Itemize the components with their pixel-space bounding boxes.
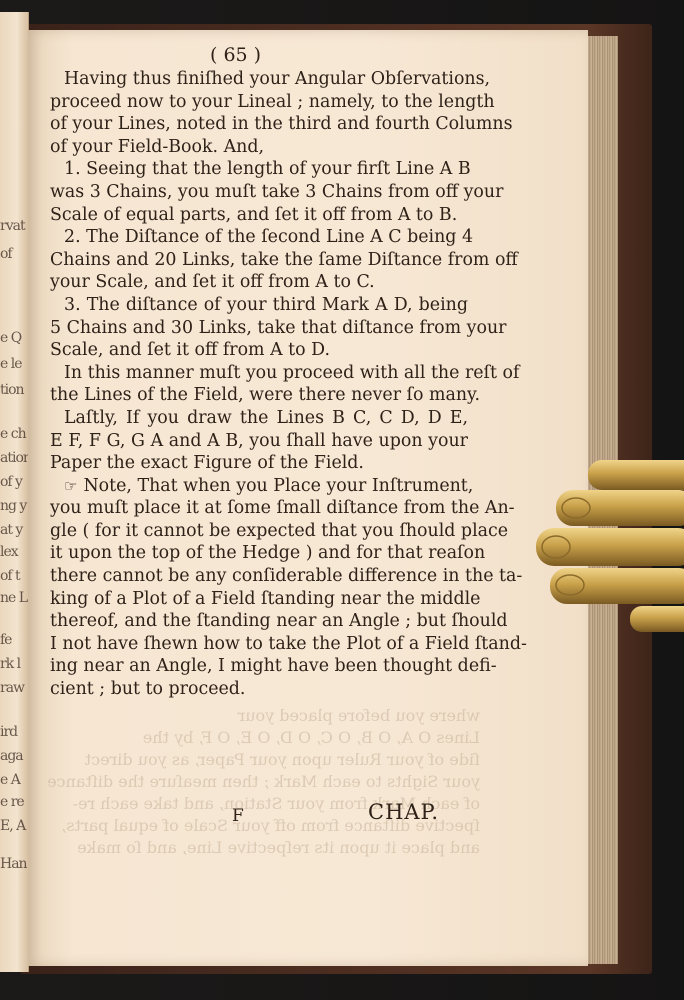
text-line-content: it upon the top of the Hedge ) and for t… [50, 543, 485, 563]
left-page-fragment: ne L [0, 590, 27, 606]
brass-hand-page-holder [528, 460, 684, 635]
left-page-fragment: at y [0, 522, 22, 538]
left-page-fragment: rk l [0, 656, 20, 672]
text-line-content: 5 Chains and 30 Links, take that diſtanc… [50, 318, 506, 338]
pointing-hand-icon: ☞ [64, 475, 77, 498]
text-line-content: king of a Plot of a Field ſtanding near … [50, 589, 480, 609]
text-line: In this manner muſt you proceed with all… [50, 362, 468, 385]
text-line-content: Laſtly, If you draw the Lines B C, C D, … [64, 408, 468, 428]
left-page-fragment: ation [0, 450, 29, 466]
text-line-content: gle ( for it cannot be expected that you… [50, 521, 508, 541]
text-line-content: In this manner muſt you proceed with all… [64, 363, 519, 383]
text-line-content: Scale of equal parts, and ſet it off fro… [50, 205, 457, 225]
text-line: you muſt place it at ſome ſmall diſtance… [50, 497, 468, 520]
text-line: your Scale, and ſet it off from A to C. [50, 271, 468, 294]
left-page-fragment: of y [0, 474, 22, 490]
text-line: I not have ſhewn how to take the Plot of… [50, 633, 468, 656]
bleed-line: ſide of your Ruler upon your Paper, as y… [40, 749, 480, 771]
text-line: cient ; but to proceed. [50, 678, 468, 701]
left-page-fragment: e Q [0, 330, 21, 346]
text-line-content: you muſt place it at ſome ſmall diſtance… [50, 498, 515, 518]
text-line: Chains and 20 Links, take the ſame Diſta… [50, 249, 468, 272]
text-line: of your Lines, noted in the third and fo… [50, 113, 468, 136]
left-page-fragment: rvat [0, 218, 25, 234]
text-line: 3. The diſtance of your third Mark A D, … [50, 294, 468, 317]
left-page-fragment: e re [0, 794, 24, 810]
text-line-content: your Scale, and ſet it off from A to C. [50, 272, 375, 292]
text-line: E F, F G, G A and A B, you ſhall have up… [50, 430, 468, 453]
text-line-content: there cannot be any conſiderable differe… [50, 566, 522, 586]
left-page-fragment: E, A [0, 818, 25, 834]
left-page-fragment: tion [0, 382, 24, 398]
text-line-content: cient ; but to proceed. [50, 679, 245, 699]
text-line: 2. The Diſtance of the ſecond Line A C b… [50, 226, 468, 249]
text-line: Scale, and ſet it off from A to D. [50, 339, 468, 362]
text-line-content: 2. The Diſtance of the ſecond Line A C b… [64, 227, 473, 247]
text-line-content: was 3 Chains, you muſt take 3 Chains fro… [50, 182, 503, 202]
text-line-content: of your Field-Book. And, [50, 137, 264, 157]
bleed-line: Lines O A, O B, O C, O D, O E, O F, by t… [40, 727, 480, 749]
page-number: ( 65 ) [210, 44, 261, 66]
text-line-content: Chains and 20 Links, take the ſame Diſta… [50, 250, 518, 270]
bleed-line: your Sights to each Mark ; then meaſure … [40, 771, 480, 793]
left-page-fragment: e le [0, 356, 22, 372]
text-line: proceed now to your Lineal ; namely, to … [50, 91, 468, 114]
text-line: Scale of equal parts, and ſet it off fro… [50, 204, 468, 227]
text-line: there cannot be any conſiderable differe… [50, 565, 468, 588]
left-page-fragment: ird [0, 724, 17, 740]
text-line-content: the Lines of the Field, were there never… [50, 385, 480, 405]
text-line-content: Paper the exact Figure of the Field. [50, 453, 364, 473]
left-page-fragment: of t [0, 568, 20, 584]
left-page-fragment: fe [0, 632, 11, 648]
text-line-content: thereof, and the ſtanding near an Angle … [50, 611, 508, 631]
catchword: CHAP. [368, 800, 439, 824]
text-line: Laſtly, If you draw the Lines B C, C D, … [50, 407, 468, 430]
text-line: Having thus finiſhed your Angular Obſerv… [50, 68, 468, 91]
text-line-content: Note, That when you Place your Inſtrumen… [83, 476, 473, 496]
text-line: Paper the exact Figure of the Field. [50, 452, 468, 475]
signature-mark: F [232, 806, 244, 826]
left-page-edge: rvat of e Q e le tion e ch ation of y ng… [0, 12, 29, 972]
text-line: thereof, and the ſtanding near an Angle … [50, 610, 468, 633]
left-page-fragment: ng y [0, 498, 26, 514]
text-line-content: I not have ſhewn how to take the Plot of… [50, 634, 527, 654]
left-page-fragment: e A [0, 772, 20, 788]
left-page-fragment: lex [0, 544, 18, 560]
bleed-line: and place it upon its reſpective Line, a… [40, 837, 480, 859]
left-page-fragment: Han [0, 856, 27, 872]
text-line: gle ( for it cannot be expected that you… [50, 520, 468, 543]
text-line: king of a Plot of a Field ſtanding near … [50, 588, 468, 611]
bleed-line: where you before placed your [40, 705, 480, 727]
bleed-through-text: where you before placed your Lines O A, … [40, 705, 480, 859]
text-line-content: E F, F G, G A and A B, you ſhall have up… [50, 431, 468, 451]
text-line: was 3 Chains, you muſt take 3 Chains fro… [50, 181, 468, 204]
text-line: ing near an Angle, I might have been tho… [50, 655, 468, 678]
left-page-fragment: raw [0, 680, 24, 696]
left-page-fragment: of [0, 246, 12, 262]
text-line: 5 Chains and 30 Links, take that diſtanc… [50, 317, 468, 340]
text-line: ☞Note, That when you Place your Inſtrume… [50, 475, 468, 498]
text-line: 1. Seeing that the length of your firſt … [50, 158, 468, 181]
text-line-content: ing near an Angle, I might have been tho… [50, 656, 497, 676]
page-body-text: Having thus finiſhed your Angular Obſerv… [50, 68, 468, 701]
text-line-content: 3. The diſtance of your third Mark A D, … [64, 295, 468, 315]
text-line-content: of your Lines, noted in the third and fo… [50, 114, 513, 134]
text-line-content: Scale, and ſet it off from A to D. [50, 340, 330, 360]
text-line: of your Field-Book. And, [50, 136, 468, 159]
left-page-fragment: e ch [0, 426, 26, 442]
text-line-content: 1. Seeing that the length of your firſt … [64, 159, 471, 179]
text-line-content: proceed now to your Lineal ; namely, to … [50, 92, 495, 112]
left-page-fragment: aga [0, 748, 23, 764]
text-line-content: Having thus finiſhed your Angular Obſerv… [64, 69, 490, 89]
text-line: it upon the top of the Hedge ) and for t… [50, 542, 468, 565]
text-line: the Lines of the Field, were there never… [50, 384, 468, 407]
